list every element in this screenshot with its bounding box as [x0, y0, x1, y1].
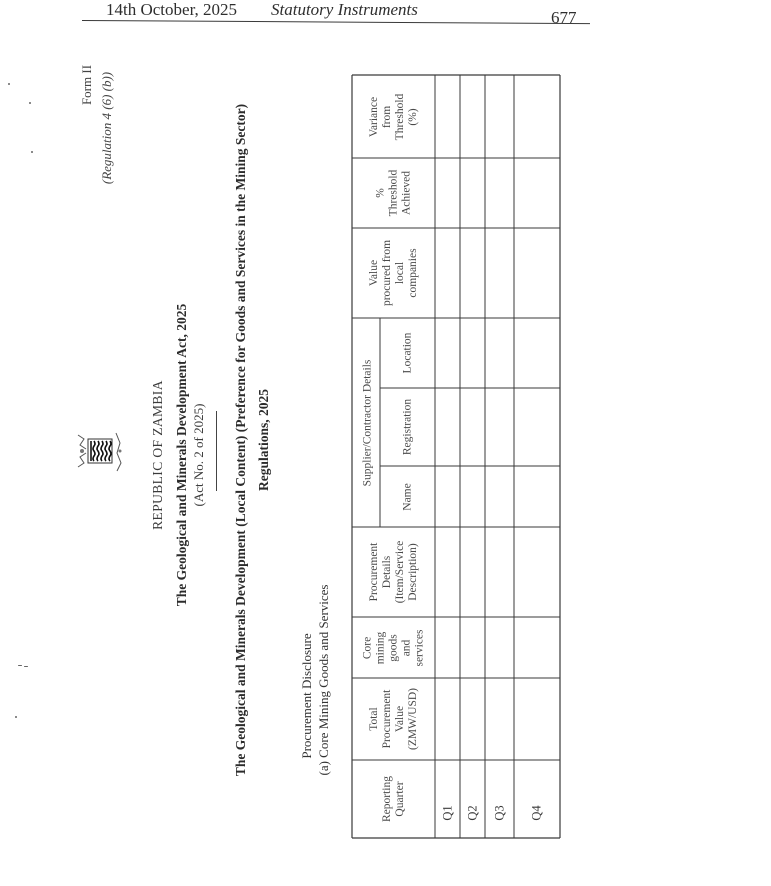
table-cell-threshold_achieved[interactable] — [514, 158, 560, 228]
table-cell-core_mining[interactable] — [435, 617, 460, 678]
table-cell-local_value[interactable] — [435, 228, 460, 318]
table-cell-threshold_achieved[interactable] — [460, 158, 485, 228]
table-cell-registration[interactable] — [485, 388, 514, 466]
table-cell-registration[interactable] — [514, 388, 560, 466]
country-heading: REPUBLIC OF ZAMBIA — [150, 380, 166, 530]
table-cell-name[interactable] — [514, 466, 560, 527]
title-divider — [216, 411, 217, 491]
table-cell-location[interactable] — [435, 318, 460, 388]
table-cell-name[interactable] — [485, 466, 514, 527]
scan-speck — [31, 151, 33, 153]
table-cell-registration[interactable] — [460, 388, 485, 466]
coat-of-arms-icon — [72, 427, 126, 475]
column-header-name: Name — [401, 483, 414, 510]
column-header-threshold_achieved: %ThresholdAchieved — [374, 170, 413, 217]
table-cell-variance[interactable] — [460, 75, 485, 158]
table-cell-total_value[interactable] — [514, 678, 560, 760]
table-cell-variance[interactable] — [435, 75, 460, 158]
column-header-location: Location — [401, 333, 414, 374]
table-cell-local_value[interactable] — [514, 228, 560, 318]
regulations-title: The Geological and Minerals Development … — [233, 104, 249, 776]
regulation-reference: (Regulation 4 (6) (b)) — [99, 72, 115, 184]
table-cell-total_value[interactable] — [485, 678, 514, 760]
table-cell-name[interactable] — [460, 466, 485, 527]
table-cell-location[interactable] — [485, 318, 514, 388]
table-cell-core_mining[interactable] — [514, 617, 560, 678]
section-heading: Procurement Disclosure — [299, 633, 315, 758]
table-cell-name[interactable] — [435, 466, 460, 527]
column-header-core_mining: Coremininggoodsandservices — [361, 629, 426, 666]
column-header-procurement_details: ProcurementDetails(Item/ServiceDescripti… — [368, 541, 420, 604]
table-cell-location[interactable] — [460, 318, 485, 388]
form-label: Form II — [79, 65, 95, 105]
scan-speck — [15, 716, 17, 718]
page-number: 677 — [551, 8, 577, 28]
scan-speck — [24, 666, 28, 667]
scan-speck — [29, 102, 31, 104]
header-rule — [82, 20, 590, 24]
column-header-supplier_group: Supplier/Contractor Details — [362, 359, 375, 486]
act-title: The Geological and Minerals Development … — [174, 304, 190, 607]
table-cell-threshold_achieved[interactable] — [485, 158, 514, 228]
act-number: (Act No. 2 of 2025) — [191, 404, 207, 507]
scan-speck — [18, 665, 22, 666]
table-cell-variance[interactable] — [485, 75, 514, 158]
table-cell-procurement_details[interactable] — [514, 527, 560, 617]
table-cell-local_value[interactable] — [460, 228, 485, 318]
table-cell-core_mining[interactable] — [485, 617, 514, 678]
table-cell-quarter — [514, 760, 560, 838]
regulations-title-year: Regulations, 2025 — [256, 389, 272, 491]
column-header-local_value: Valueprocured fromlocalcompanies — [368, 240, 420, 306]
subsection-heading: (a) Core Mining Goods and Services — [316, 585, 332, 776]
table-cell-procurement_details[interactable] — [460, 527, 485, 617]
table-cell-total_value[interactable] — [435, 678, 460, 760]
table-cell-quarter — [460, 760, 485, 838]
table-cell-quarter — [435, 760, 460, 838]
table-cell-total_value[interactable] — [460, 678, 485, 760]
column-header-total_value: TotalProcurementValue(ZMW/USD) — [368, 688, 420, 750]
table-cell-local_value[interactable] — [485, 228, 514, 318]
column-header-registration: Registration — [401, 399, 414, 455]
table-cell-variance[interactable] — [514, 75, 560, 158]
table-cell-procurement_details[interactable] — [485, 527, 514, 617]
running-header-date: 14th October, 2025 — [106, 0, 237, 20]
scan-speck — [8, 83, 10, 85]
column-header-quarter: ReportingQuarter — [381, 776, 407, 822]
table-cell-threshold_achieved[interactable] — [435, 158, 460, 228]
running-header-series: Statutory Instruments — [271, 0, 418, 20]
table-cell-location[interactable] — [514, 318, 560, 388]
column-header-variance: VariancefromThreshold(%) — [368, 93, 420, 140]
table-cell-registration[interactable] — [435, 388, 460, 466]
table-cell-quarter — [485, 760, 514, 838]
table-cell-core_mining[interactable] — [460, 617, 485, 678]
table-cell-procurement_details[interactable] — [435, 527, 460, 617]
